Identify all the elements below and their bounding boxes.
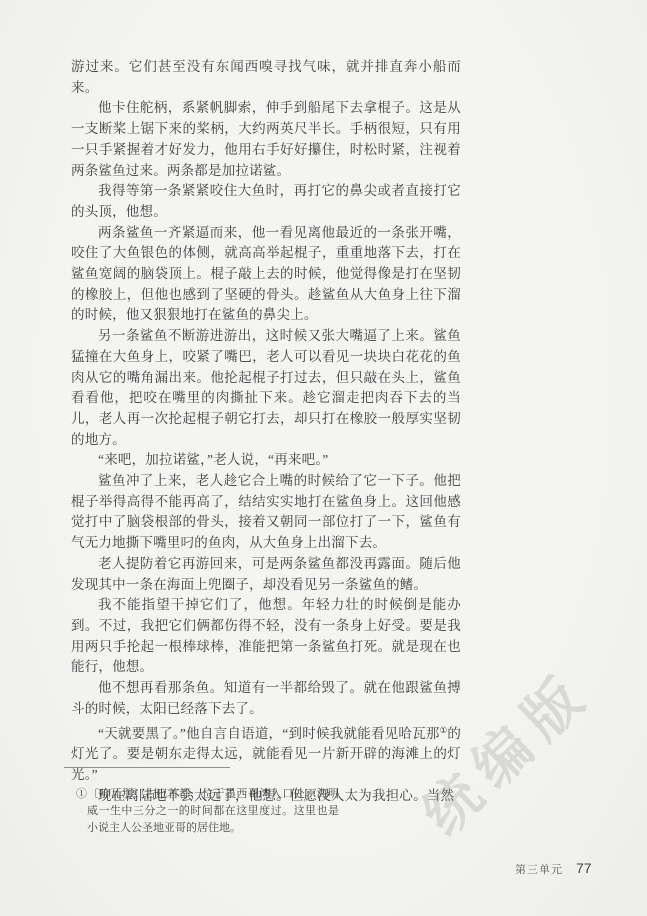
unit-label: 第三单元 [515, 861, 563, 877]
footnote-separator-rule [64, 767, 230, 768]
paragraph-text: “天就要黑了。”他自言自语道，“到时候我就能看见哈瓦那 [98, 726, 440, 741]
body-paragraph: 鲨鱼冲了上来，老人趁它合上嘴的时候给了它一下子。他把棍子举得高得不能再高了，结结… [71, 471, 461, 554]
body-text-column: 游过来。它们甚至没有东闻西嗅寻找气味，就并排直奔小船而来。 他卡住舵柄，系紧帆脚… [71, 57, 461, 806]
body-paragraph: 两条鲨鱼一齐紧逼而来，他一看见离他最近的一条张开嘴，咬住了大鱼银色的体侧，就高高… [71, 223, 461, 327]
page-number: 77 [576, 860, 592, 876]
footnote-term: 〔哈瓦那〕 [87, 788, 144, 800]
body-paragraph-with-note: “天就要黑了。”他自言自语道，“到时候我就能看见哈瓦那①的灯光了。要是朝东走得太… [71, 720, 461, 786]
page-footer: 第三单元 77 [515, 860, 592, 877]
body-paragraph: 游过来。它们甚至没有东闻西嗅寻找气味，就并排直奔小船而来。 [71, 57, 461, 98]
textbook-page: 游过来。它们甚至没有东闻西嗅寻找气味，就并排直奔小船而来。 他卡住舵柄，系紧帆脚… [0, 0, 647, 916]
body-paragraph-dialogue: “来吧，加拉诺鲨，”老人说，“再来吧。” [71, 450, 461, 471]
body-paragraph: 他卡住舵柄，系紧帆脚索，伸手到船尾下去拿棍子。这是从一支断桨上锯下来的桨柄，大约… [71, 98, 461, 181]
footnote: ①〔哈瓦那〕古巴首都，位于墨西哥湾入口处。海明威一生中三分之一的时间都在这里度过… [76, 786, 339, 837]
body-paragraph: 另一条鲨鱼不断游进游出，这时候又张大嘴逼了上来。鲨鱼猛撞在大鱼身上，咬紧了嘴巴，… [71, 326, 461, 450]
body-paragraph: 他不想再看那条鱼。知道有一半都给毁了。就在他跟鲨鱼搏斗的时候，太阳已经落下去了。 [71, 678, 461, 719]
body-paragraph: 我得等第一条紧紧咬住大鱼时，再打它的鼻尖或者直接打它的头顶，他想。 [71, 181, 461, 222]
footnote-marker: ① [76, 788, 87, 800]
body-paragraph: 老人提防着它再游回来，可是两条鲨鱼都没再露面。随后他发现其中一条在海面上兜圈子，… [71, 554, 461, 595]
body-paragraph: 我不能指望干掉它们了，他想。年轻力壮的时候倒是能办到。不过，我把它们俩都伤得不轻… [71, 595, 461, 678]
